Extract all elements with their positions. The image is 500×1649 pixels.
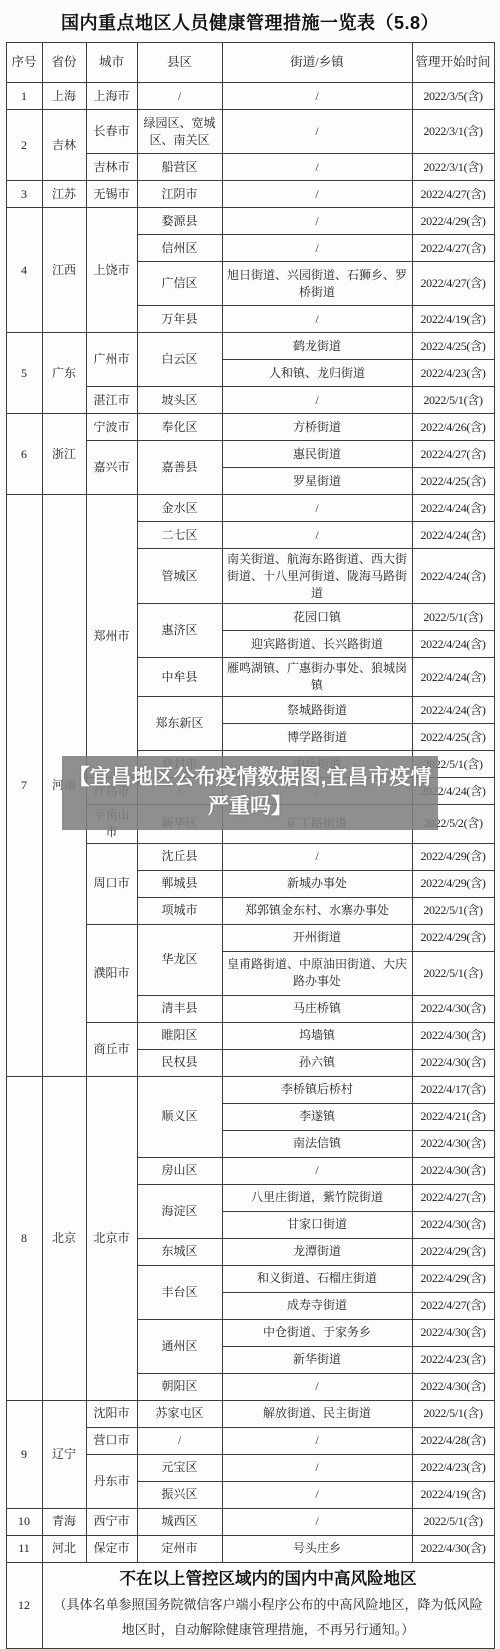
cell-street: 八里庄街道，紫竹院街道 [222, 1184, 412, 1211]
cell-street: / [222, 1454, 412, 1481]
cell-start-date: 2022/4/24(含) [412, 658, 494, 697]
watermark-text: 【宜昌地区公布疫情数据图,宜昌市疫情严重吗】 [69, 766, 432, 818]
cell-no: 3 [6, 181, 42, 208]
cell-province: 广东 [42, 333, 86, 414]
cell-start-date: 2022/5/1(含) [412, 897, 494, 924]
cell-street: / [222, 522, 412, 549]
cell-district: 通州区 [137, 1319, 222, 1373]
cell-street: / [222, 1508, 412, 1535]
cell-street: 坞墙镇 [222, 1022, 412, 1049]
cell-start-date: 2022/3/1(含) [412, 110, 494, 154]
cell-start-date: 2022/4/24(含) [412, 696, 494, 723]
cell-start-date: 2022/3/1(含) [412, 154, 494, 181]
page-title: 国内重点地区人员健康管理措施一览表（5.8） [0, 0, 500, 42]
cell-street: 花园口镇 [222, 604, 412, 631]
cell-street: 号头庄乡 [222, 1535, 412, 1562]
cell-street: / [222, 387, 412, 414]
cell-start-date: 2022/5/1(含) [412, 604, 494, 631]
cell-street: 方桥街道 [222, 414, 412, 441]
cell-district: 郑东新区 [137, 696, 222, 750]
cell-start-date: 2022/4/24(含) [412, 631, 494, 658]
cell-district: 苏家屯区 [137, 1400, 222, 1427]
table-body: 1上海上海市//2022/3/5(含)2吉林长春市绿园区、宽城区、南关区/202… [6, 83, 494, 1649]
cell-street: / [222, 1373, 412, 1400]
cell-district: 万年县 [137, 306, 222, 333]
cell-street: 旭日街道、兴园街道、石狮乡、罗桥街道 [222, 262, 412, 306]
cell-district: 丰台区 [137, 1265, 222, 1319]
cell-no: 7 [6, 495, 42, 1077]
cell-start-date: 2022/5/1(含) [412, 951, 494, 995]
cell-city: 嘉兴市 [86, 441, 137, 495]
cell-city: 无锡市 [86, 181, 137, 208]
table-row: 11河北保定市定州市号头庄乡2022/4/30(含) [6, 1535, 494, 1562]
cell-city: 吉林市 [86, 154, 137, 181]
cell-district: 绿园区、宽城区、南关区 [137, 110, 222, 154]
cell-start-date: 2022/4/29(含) [412, 208, 494, 235]
table-row: 4江西上饶市婺源县/2022/4/29(含) [6, 208, 494, 235]
cell-district: 坡头区 [137, 387, 222, 414]
cell-start-date: 2022/4/27(含) [412, 1184, 494, 1211]
table-header: 序号省份城市县区街道/乡镇管理开始时间 [6, 43, 494, 83]
cell-street: 惠民街道 [222, 441, 412, 468]
cell-city: 宁波市 [86, 414, 137, 441]
cell-no: 6 [6, 414, 42, 495]
cell-start-date: 2022/4/29(含) [412, 924, 494, 951]
cell-street: 雁鸣湖镇、广惠街办事处、狼城岗镇 [222, 658, 412, 697]
cell-district: 白云区 [137, 333, 222, 387]
cell-start-date: 2022/4/25(含) [412, 468, 494, 495]
cell-city: 濮阳市 [86, 924, 137, 1022]
footer-heading: 不在以上管控区域内的国内中高风险地区 [46, 1567, 491, 1592]
cell-city: 保定市 [86, 1535, 137, 1562]
cell-street: 人和镇、龙归街道 [222, 360, 412, 387]
cell-street: / [222, 110, 412, 154]
cell-street: / [222, 235, 412, 262]
cell-city: 上海市 [86, 83, 137, 110]
col-header-street: 街道/乡镇 [222, 43, 412, 83]
cell-district: 东城区 [137, 1238, 222, 1265]
cell-district: 城西区 [137, 1508, 222, 1535]
cell-province: 青海 [42, 1508, 86, 1535]
cell-start-date: 2022/4/25(含) [412, 723, 494, 750]
cell-start-date: 2022/4/23(含) [412, 360, 494, 387]
cell-start-date: 2022/4/27(含) [412, 181, 494, 208]
cell-street: 南法信镇 [222, 1130, 412, 1157]
cell-start-date: 2022/4/29(含) [412, 870, 494, 897]
cell-district: 顺义区 [137, 1076, 222, 1157]
cell-start-date: 2022/4/24(含) [412, 495, 494, 522]
cell-street: / [222, 181, 412, 208]
table-row: 2吉林长春市绿园区、宽城区、南关区/2022/3/1(含) [6, 110, 494, 154]
cell-province: 辽宁 [42, 1400, 86, 1508]
cell-province: 河北 [42, 1535, 86, 1562]
cell-start-date: 2022/4/30(含) [412, 1049, 494, 1076]
footer-note: （具体名单参照国务院微信客户端小程序公布的中高风险地区，降为低风险地区时，自动解… [46, 1592, 491, 1643]
cell-district: 惠济区 [137, 604, 222, 658]
cell-district: 管城区 [137, 549, 222, 604]
cell-start-date: 2022/4/21(含) [412, 1103, 494, 1130]
cell-no: 10 [6, 1508, 42, 1535]
footer-note-cell: 不在以上管控区域内的国内中高风险地区（具体名单参照国务院微信客户端小程序公布的中… [42, 1562, 494, 1648]
col-header-city: 城市 [86, 43, 137, 83]
cell-start-date: 2022/4/30(含) [412, 1022, 494, 1049]
cell-start-date: 2022/4/30(含) [412, 1535, 494, 1562]
col-header-no: 序号 [6, 43, 42, 83]
cell-district: 元宝区 [137, 1454, 222, 1481]
cell-street: 郑郭镇金东村、水寨办事处 [222, 897, 412, 924]
cell-street: / [222, 495, 412, 522]
cell-start-date: 2022/4/17(含) [412, 1076, 494, 1103]
cell-start-date: 2022/4/26(含) [412, 414, 494, 441]
cell-province: 上海 [42, 83, 86, 110]
cell-no: 12 [6, 1562, 42, 1648]
cell-street: / [222, 1157, 412, 1184]
cell-start-date: 2022/4/27(含) [412, 1292, 494, 1319]
cell-start-date: 2022/4/29(含) [412, 843, 494, 870]
cell-street: 龙潭街道 [222, 1238, 412, 1265]
cell-district: 金水区 [137, 495, 222, 522]
table-row: 8北京北京市顺义区李桥镇后桥村2022/4/17(含) [6, 1076, 494, 1103]
cell-city: 西宁市 [86, 1508, 137, 1535]
cell-street: / [222, 1427, 412, 1454]
cell-start-date: 2022/4/27(含) [412, 235, 494, 262]
cell-province: 江苏 [42, 181, 86, 208]
cell-city: 上饶市 [86, 208, 137, 333]
cell-province: 吉林 [42, 110, 86, 181]
cell-district: / [137, 1427, 222, 1454]
cell-start-date: 2022/4/30(含) [412, 995, 494, 1022]
cell-street: 李遂镇 [222, 1103, 412, 1130]
cell-street: / [222, 306, 412, 333]
cell-district: / [137, 83, 222, 110]
cell-city: 湛江市 [86, 387, 137, 414]
cell-district: 房山区 [137, 1157, 222, 1184]
cell-city: 长春市 [86, 110, 137, 154]
cell-no: 8 [6, 1076, 42, 1400]
cell-start-date: 2022/4/24(含) [412, 522, 494, 549]
cell-start-date: 2022/4/23(含) [412, 1454, 494, 1481]
cell-no: 11 [6, 1535, 42, 1562]
cell-start-date: 2022/4/29(含) [412, 1238, 494, 1265]
cell-street: / [222, 83, 412, 110]
cell-district: 清丰县 [137, 995, 222, 1022]
cell-city: 北京市 [86, 1076, 137, 1400]
cell-district: 江阴市 [137, 181, 222, 208]
cell-city: 广州市 [86, 333, 137, 387]
cell-no: 2 [6, 110, 42, 181]
table-row: 1上海上海市//2022/3/5(含) [6, 83, 494, 110]
cell-district: 华龙区 [137, 924, 222, 995]
cell-start-date: 2022/4/30(含) [412, 1157, 494, 1184]
cell-start-date: 2022/4/23(含) [412, 1346, 494, 1373]
cell-city: 周口市 [86, 843, 137, 924]
cell-city: 沈阳市 [86, 1400, 137, 1427]
cell-street: 新华街道 [222, 1346, 412, 1373]
cell-district: 中牟县 [137, 658, 222, 697]
cell-start-date: 2022/5/1(含) [412, 1400, 494, 1427]
cell-start-date: 2022/4/30(含) [412, 1211, 494, 1238]
cell-district: 振兴区 [137, 1481, 222, 1508]
cell-street: 马庄桥镇 [222, 995, 412, 1022]
cell-street: 成寿寺街道 [222, 1292, 412, 1319]
cell-no: 5 [6, 333, 42, 414]
cell-street: / [222, 843, 412, 870]
cell-street: 罗星街道 [222, 468, 412, 495]
table-row: 3江苏无锡市江阴市/2022/4/27(含) [6, 181, 494, 208]
cell-province: 浙江 [42, 414, 86, 495]
cell-start-date: 2022/5/1(含) [412, 1508, 494, 1535]
cell-no: 9 [6, 1400, 42, 1508]
cell-district: 嘉善县 [137, 441, 222, 495]
cell-district: 民权县 [137, 1049, 222, 1076]
cell-district: 船营区 [137, 154, 222, 181]
cell-city: 郑州市 [86, 495, 137, 778]
cell-district: 睢阳区 [137, 1022, 222, 1049]
cell-province: 北京 [42, 1076, 86, 1400]
cell-district: 海淀区 [137, 1184, 222, 1238]
cell-street: / [222, 1481, 412, 1508]
header-row: 序号省份城市县区街道/乡镇管理开始时间 [6, 43, 494, 83]
cell-street: 皇甫路街道、中原油田街道、大庆路办事处 [222, 951, 412, 995]
cell-start-date: 2022/4/27(含) [412, 441, 494, 468]
cell-street: 孙六镇 [222, 1049, 412, 1076]
cell-street: 新城办事处 [222, 870, 412, 897]
cell-street: 解放街道、民主街道 [222, 1400, 412, 1427]
cell-start-date: 2022/4/30(含) [412, 1319, 494, 1346]
cell-start-date: 2022/4/19(含) [412, 1481, 494, 1508]
cell-no: 1 [6, 83, 42, 110]
cell-start-date: 2022/3/5(含) [412, 83, 494, 110]
cell-start-date: 2022/5/1(含) [412, 387, 494, 414]
cell-street: 中仓街道、于家务乡 [222, 1319, 412, 1346]
watermark-overlay: 【宜昌地区公布疫情数据图,宜昌市疫情严重吗】 [62, 756, 438, 830]
cell-district: 郸城县 [137, 870, 222, 897]
cell-district: 二七区 [137, 522, 222, 549]
cell-province: 江西 [42, 208, 86, 333]
cell-street: 甘家口街道 [222, 1211, 412, 1238]
cell-district: 信州区 [137, 235, 222, 262]
cell-district: 朝阳区 [137, 1373, 222, 1400]
table-row: 5广东广州市白云区鹤龙街道2022/4/25(含) [6, 333, 494, 360]
cell-district: 沈丘县 [137, 843, 222, 870]
cell-start-date: 2022/4/28(含) [412, 1427, 494, 1454]
col-header-start-date: 管理开始时间 [412, 43, 494, 83]
cell-city: 商丘市 [86, 1022, 137, 1076]
cell-street: 和义街道、石榴庄街道 [222, 1265, 412, 1292]
cell-district: 婺源县 [137, 208, 222, 235]
table-row: 7河南郑州市金水区/2022/4/24(含) [6, 495, 494, 522]
cell-district: 项城市 [137, 897, 222, 924]
cell-start-date: 2022/4/19(含) [412, 306, 494, 333]
cell-no: 4 [6, 208, 42, 333]
cell-street: 鹤龙街道 [222, 333, 412, 360]
table-row: 9辽宁沈阳市苏家屯区解放街道、民主街道2022/5/1(含) [6, 1400, 494, 1427]
cell-district: 广信区 [137, 262, 222, 306]
cell-district: 奉化区 [137, 414, 222, 441]
cell-street: 李桥镇后桥村 [222, 1076, 412, 1103]
cell-start-date: 2022/4/27(含) [412, 262, 494, 306]
cell-city: 营口市 [86, 1427, 137, 1454]
table-row: 10青海西宁市城西区/2022/5/1(含) [6, 1508, 494, 1535]
col-header-province: 省份 [42, 43, 86, 83]
cell-start-date: 2022/4/24(含) [412, 549, 494, 604]
cell-start-date: 2022/4/25(含) [412, 333, 494, 360]
cell-start-date: 2022/4/29(含) [412, 1265, 494, 1292]
cell-start-date: 2022/4/30(含) [412, 1373, 494, 1400]
col-header-district: 县区 [137, 43, 222, 83]
page: 国内重点地区人员健康管理措施一览表（5.8） 序号省份城市县区街道/乡镇管理开始… [0, 0, 500, 1649]
footer-row: 12不在以上管控区域内的国内中高风险地区（具体名单参照国务院微信客户端小程序公布… [6, 1562, 494, 1648]
cell-street: 迎宾路街道、长兴路街道 [222, 631, 412, 658]
cell-district: 定州市 [137, 1535, 222, 1562]
cell-start-date: 2022/4/30(含) [412, 1130, 494, 1157]
cell-street: 博学路街道 [222, 723, 412, 750]
cell-street: 南关街道、航海东路街道、西大街街道、十八里河街道、陇海马路街道 [222, 549, 412, 604]
measures-table: 序号省份城市县区街道/乡镇管理开始时间 1上海上海市//2022/3/5(含)2… [6, 42, 495, 1649]
cell-city: 丹东市 [86, 1454, 137, 1508]
cell-street: / [222, 154, 412, 181]
cell-street: 开州街道 [222, 924, 412, 951]
table-row: 6浙江宁波市奉化区方桥街道2022/4/26(含) [6, 414, 494, 441]
cell-street: / [222, 208, 412, 235]
cell-street: 祭城路街道 [222, 696, 412, 723]
